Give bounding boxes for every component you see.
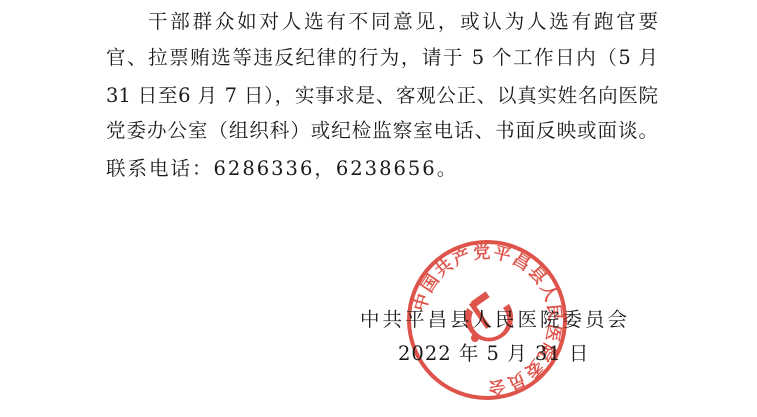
paragraph-line-4: 党委办公室（组织科）或纪检监察室电话、书面反映或面谈。 xyxy=(106,119,658,143)
paragraph-line-3: 31 日至6 月 7 日），实事求是、客观公正、以真实姓名向医院 xyxy=(106,84,658,108)
signature-organization: 中共平昌县人民医院委员会 xyxy=(360,308,630,332)
paragraph-line-2: 官、拉票贿选等违反纪律的行为，请于 5 个工作日内（5 月 xyxy=(106,46,658,70)
signature-date: 2022 年 5 月 31 日 xyxy=(398,342,589,366)
paragraph-line-5-contact: 联系电话：6286336，6238656。 xyxy=(106,157,658,181)
paragraph-line-1: 干部群众如对人选有不同意见，或认为人选有跑官要 xyxy=(148,10,658,34)
